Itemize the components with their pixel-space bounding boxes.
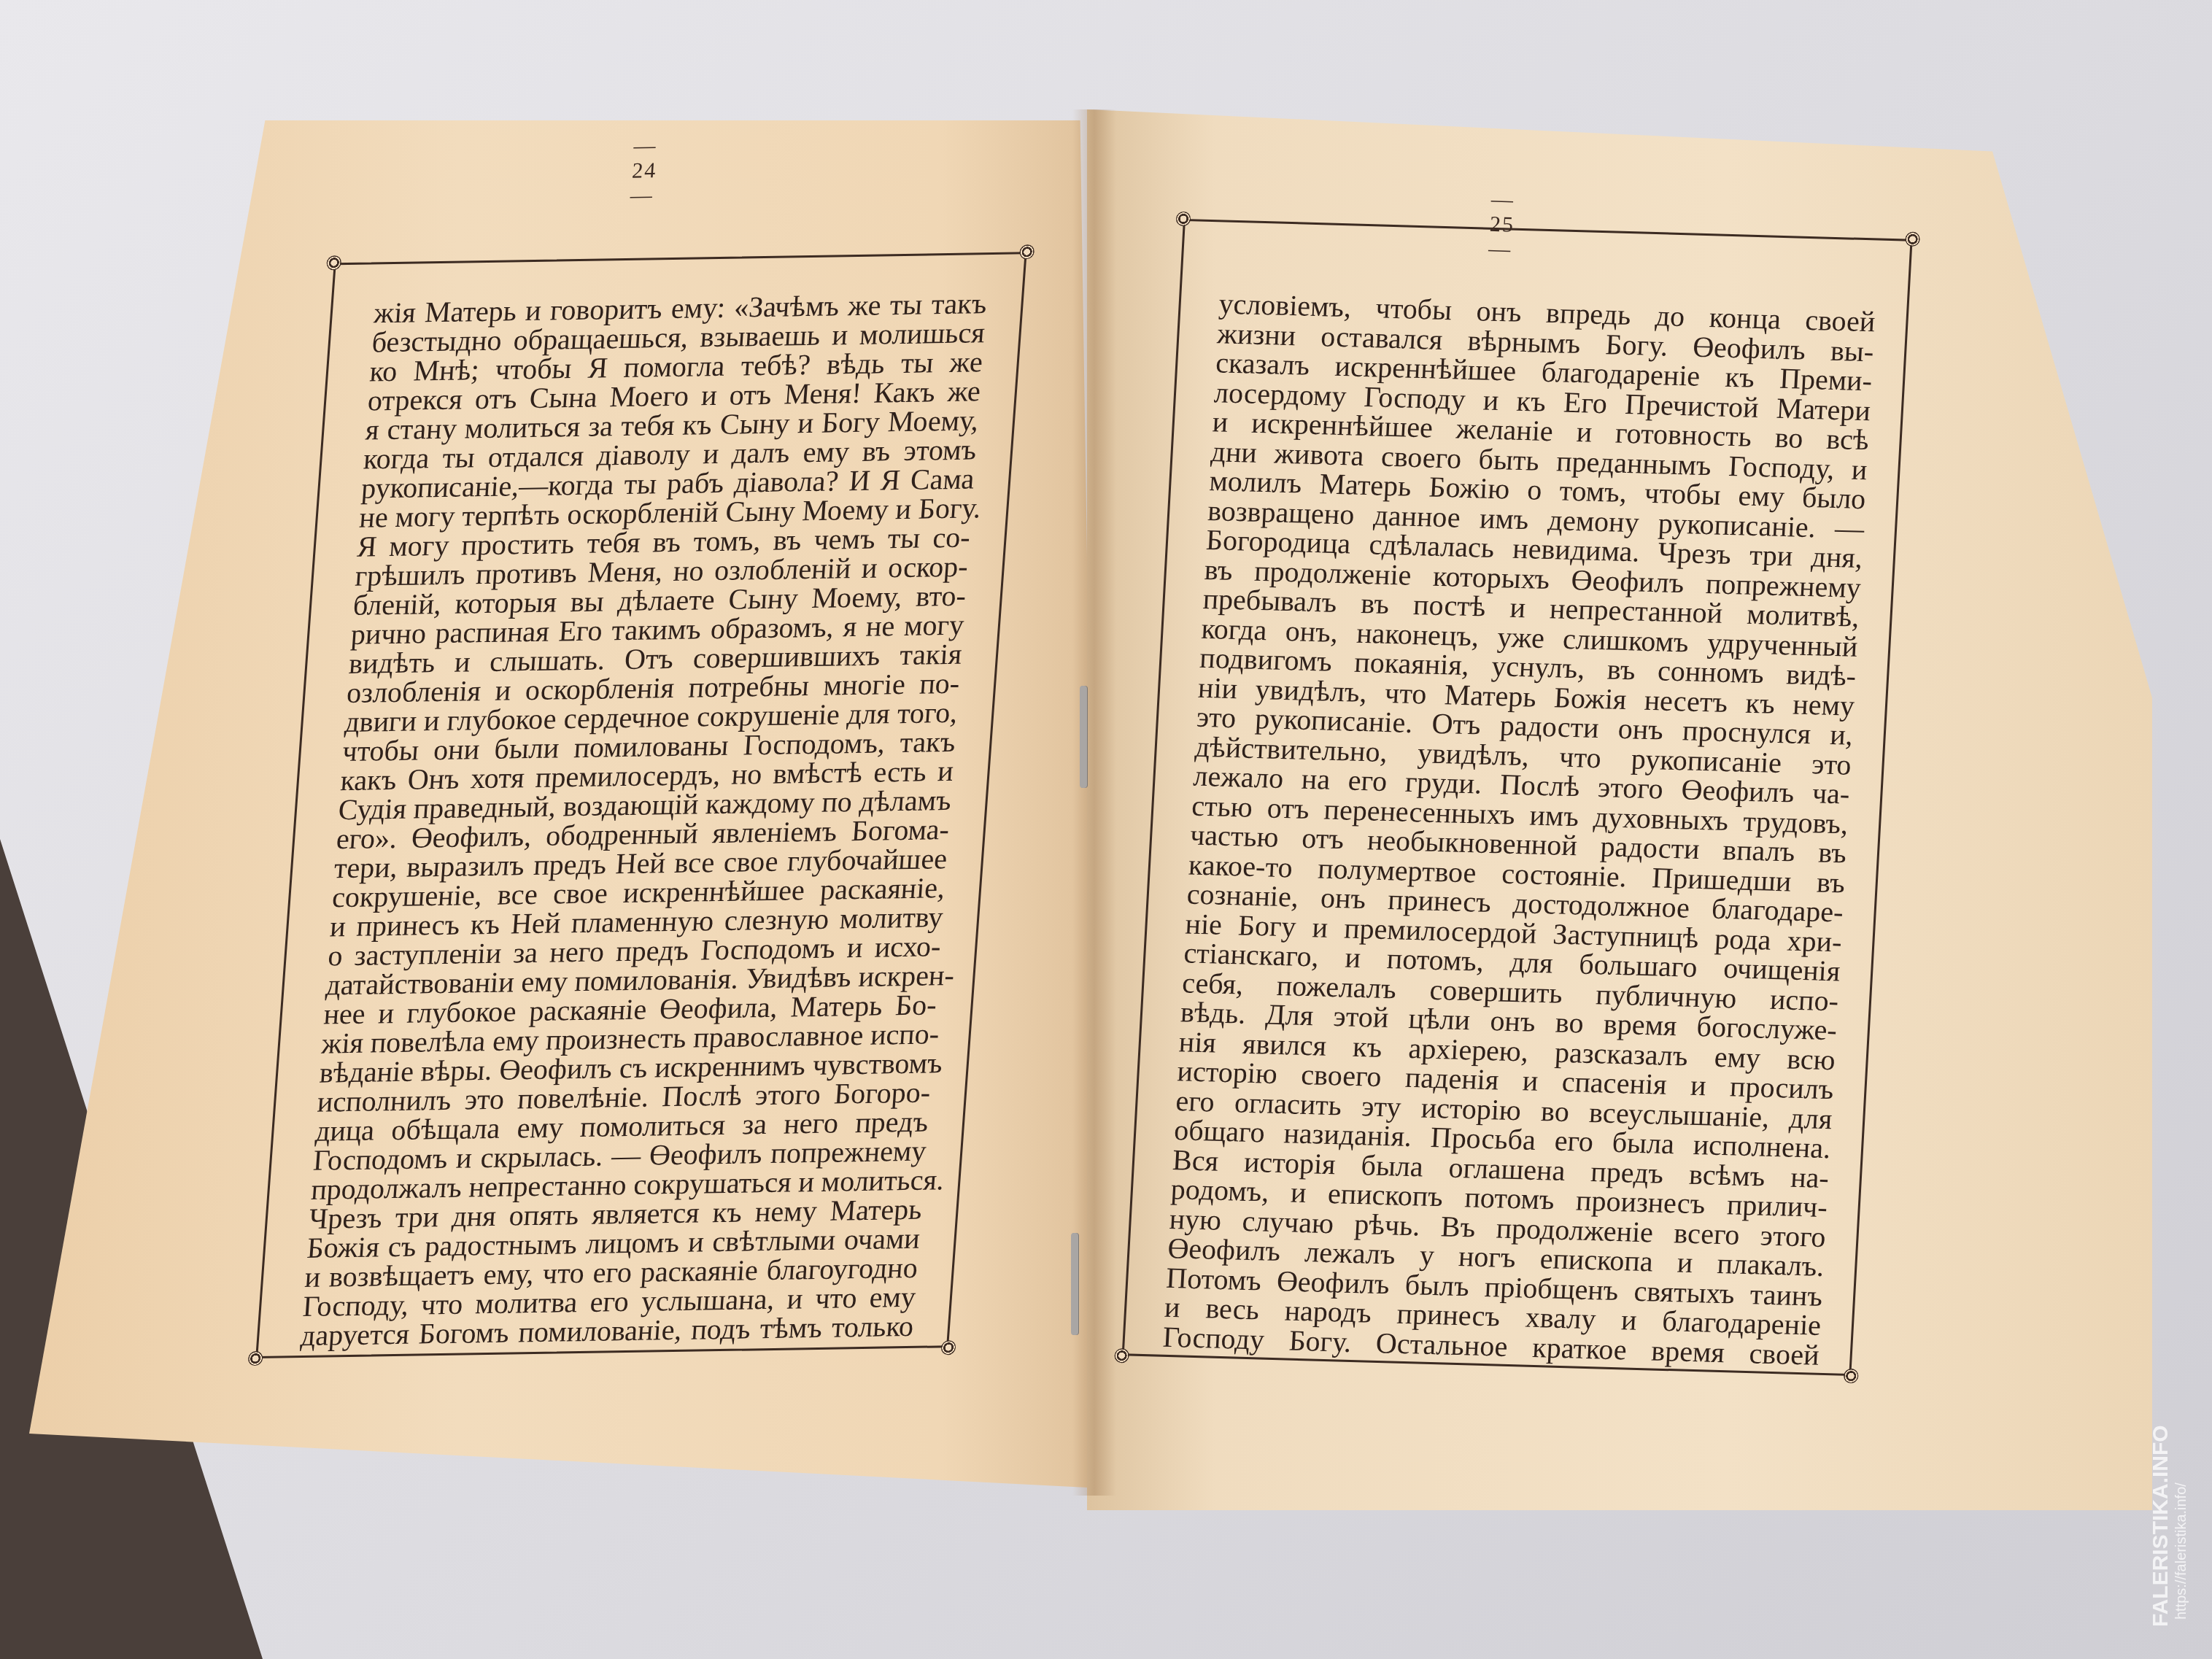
book-spine <box>1072 109 1116 1496</box>
right-page-text: условіемъ, чтобы онъ впредь до конца сво… <box>1162 289 1876 1369</box>
staple-bottom <box>1071 1233 1078 1335</box>
staple-top <box>1080 686 1087 788</box>
watermark: FALERISTIKA.INFO https://faleristika.inf… <box>2149 1425 2190 1627</box>
left-page-text: жія Матерь и говоритъ ему: «Зачѣмъ же ты… <box>300 289 988 1350</box>
watermark-url: https://faleristika.info/ <box>2173 1425 2190 1620</box>
watermark-title: FALERISTIKA.INFO <box>2149 1425 2173 1627</box>
